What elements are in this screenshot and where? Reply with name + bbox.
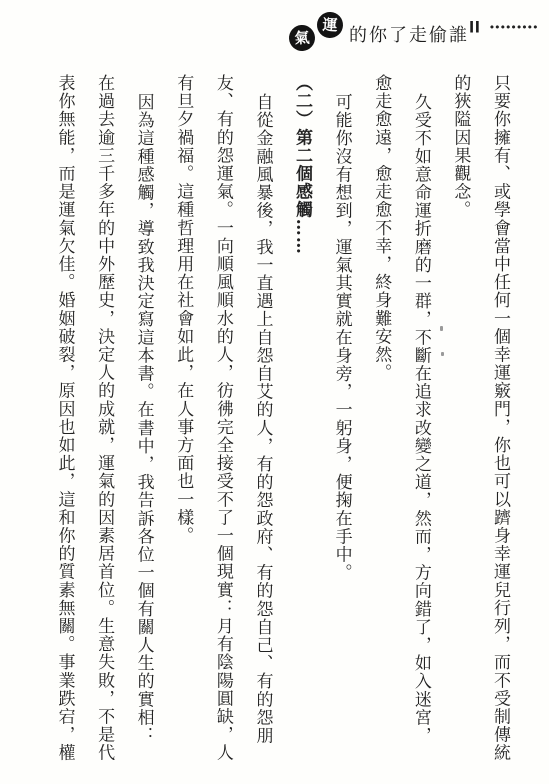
title-badge-qi-icon: 氣 [288,24,316,52]
text-body: 只要你擁有、或學會當中任何一個幸運竅門，你也可以躋身幸運兒行列，而不受制傳統 的… [43,74,519,784]
text-column-11: 在過去逾三千多年的中外歷史，決定人的成就，運氣的因素居首位。生意失敗，不是代 [83,74,123,784]
text-column-08: 友、有的怨運氣。一向順風順水的人，彷彿完全接受不了一個現實：月有陰陽圓缺，人 [202,74,242,784]
text-column-10: 因為這種感觸，導致我決定寫這本書。在書中，我告訴各位一個有關人生的實相： [123,74,163,784]
scan-speck [441,352,444,356]
section-heading: （二）第二個感觸…… [281,74,321,784]
scan-speck [440,326,443,331]
book-page: 氣 運 的你了走偷誰 II ········· 只要你擁有、或學會當中任何一個幸… [0,0,549,784]
book-title: 的你了走偷誰 [349,21,469,47]
title-badge-yun-icon: 運 [316,11,343,38]
text-column-02: 的狹隘因果觀念。 [440,74,480,784]
text-column-01: 只要你擁有、或學會當中任何一個幸運竅門，你也可以躋身幸運兒行列，而不受制傳統 [479,74,519,784]
text-column-07: 自從金融風暴後，我一直遇上自怨自艾的人，有的怨政府、有的怨自己、有的怨朋 [242,74,282,784]
text-column-04: 愈走愈遠，愈走愈不幸，終身難安然。 [361,74,401,784]
text-column-05: 可能你沒有想到，運氣其實就在身旁，一躬身，便掬在手中。 [321,74,361,784]
text-column-09: 有旦夕禍福。這種哲理用在社會如此，在人事方面也一樣。 [163,74,203,784]
header-dot-leader: ········· [489,18,538,38]
page-number: II [469,19,480,37]
text-column-03: 久受不如意命運折磨的一群，不斷在追求改變之道，然而，方向錯了，如入迷宮， [400,74,440,784]
text-column-12: 表你無能，而是運氣欠佳。婚姻破裂，原因也如此，這和你的質素無關。事業跌宕，權 [44,74,84,784]
page-header: 氣 運 的你了走偷誰 II ········· [283,8,549,58]
